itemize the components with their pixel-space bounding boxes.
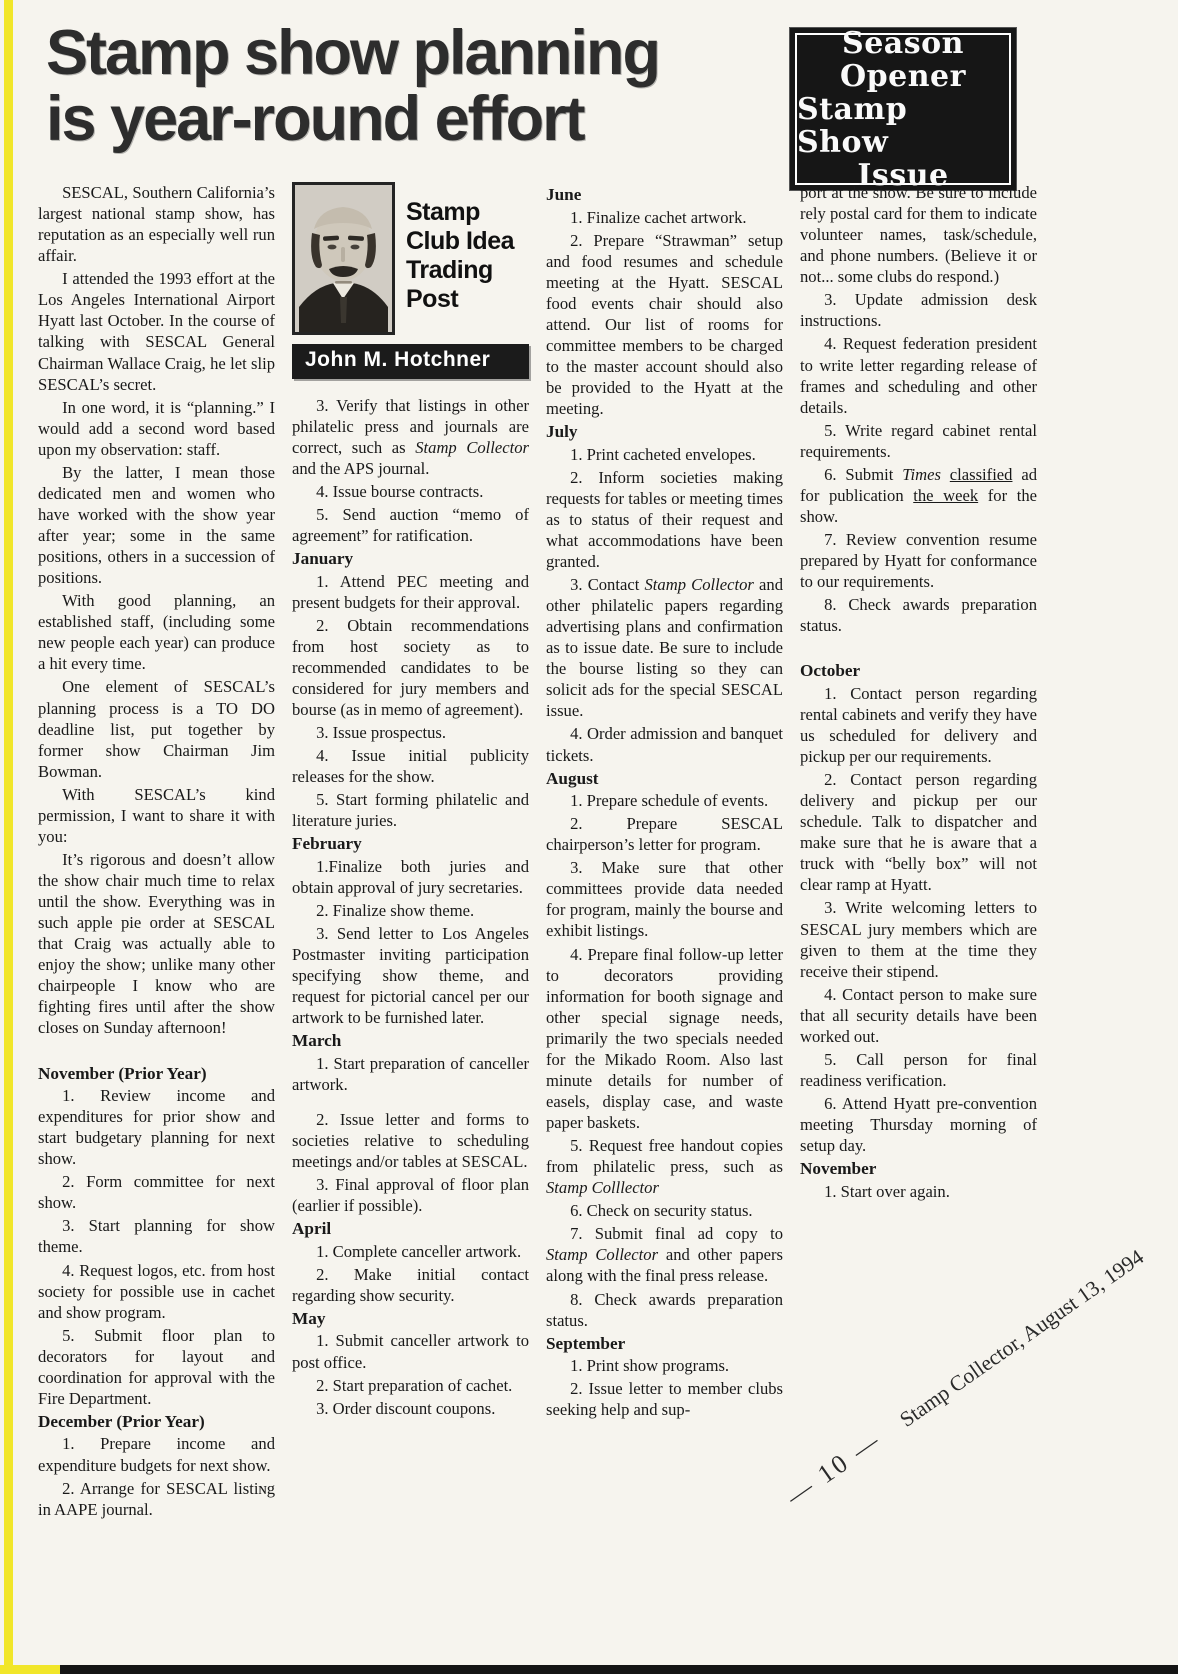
list-item: 2. Prepare SESCAL chairperson’s letter f… [546, 813, 783, 855]
column-2: Stamp Club Idea Trading Post John M. Hot… [292, 182, 529, 1522]
scan-edge-bottom-left [0, 1665, 60, 1674]
month-heading: November (Prior Year) [38, 1063, 275, 1085]
paragraph: SESCAL, Southern California’s largest na… [38, 182, 275, 266]
list-item: 5. Write regard cabinet rental requireme… [800, 420, 1037, 462]
list-item: 2. Obtain recommendations from host soci… [292, 615, 529, 720]
paragraph: With SESCAL’s kind permission, I want to… [38, 784, 275, 847]
month-heading: March [292, 1030, 529, 1052]
list-item: 1. Start over again. [800, 1181, 1037, 1202]
list-item: 4. Order admission and banquet tickets. [546, 723, 783, 765]
list-item: 1. Contact person regarding rental cabin… [800, 683, 1037, 767]
list-item: 2. Issue letter to member clubs seeking … [546, 1378, 783, 1420]
column-3: June1. Finalize cachet artwork.2. Prepar… [546, 182, 783, 1522]
list-item: 1. Start preparation of canceller artwor… [292, 1053, 529, 1095]
list-item: 4. Request logos, etc. from host society… [38, 1260, 275, 1323]
list-item: 1. Review income and expenditures for pr… [38, 1085, 275, 1169]
byline-unit: Stamp Club Idea Trading Post John M. Hot… [292, 182, 529, 379]
list-item: 1. Prepare schedule of events. [546, 790, 783, 811]
article-headline: Stamp show planning is year-round effort [46, 20, 786, 152]
headline-line-2: is year-round effort [46, 86, 786, 152]
list-item: 7. Submit final ad copy to Stamp Collect… [546, 1223, 783, 1286]
list-item: 2. Arrange for SESCAL listiɴg in AAPE jo… [38, 1478, 275, 1520]
list-item: 1. Prepare income and expenditure budget… [38, 1433, 275, 1475]
month-heading: July [546, 421, 783, 443]
list-item: 6. Submit Times classified ad for public… [800, 464, 1037, 527]
month-heading: October [800, 660, 1037, 682]
paragraph: With good planning, an established staff… [38, 590, 275, 674]
list-item: 1.Finalize both juries and obtain approv… [292, 856, 529, 898]
month-heading: December (Prior Year) [38, 1411, 275, 1433]
list-item: 1. Attend PEC meeting and present budget… [292, 571, 529, 613]
list-item: 3. Verify that listings in other philate… [292, 395, 529, 479]
month-heading: April [292, 1218, 529, 1240]
paragraph: It’s rigorous and doesn’t allow the show… [38, 849, 275, 1039]
list-item: 4. Issue bourse contracts. [292, 481, 529, 502]
list-item: 1. Complete canceller artwork. [292, 1241, 529, 1262]
list-item: 4. Request federation president to write… [800, 333, 1037, 417]
list-item: 3. Order discount coupons. [292, 1398, 529, 1419]
season-opener-banner: Season Opener Stamp Show Issue [790, 28, 1016, 190]
list-item: 2. Issue letter and forms to societies r… [292, 1109, 529, 1172]
scan-edge-bottom [60, 1665, 1178, 1674]
column-1: SESCAL, Southern California’s largest na… [38, 182, 275, 1522]
list-item: 5. Start forming philatelic and literatu… [292, 789, 529, 831]
list-item: 8. Check awards preparation status. [546, 1289, 783, 1331]
list-item: 2. Make initial contact regarding show s… [292, 1264, 529, 1306]
list-item: 2. Inform societies making requests for … [546, 467, 783, 572]
month-heading: June [546, 184, 783, 206]
list-item: 6. Attend Hyatt pre-convention meeting T… [800, 1093, 1037, 1156]
list-item: 3. Contact Stamp Collector and other phi… [546, 574, 783, 721]
banner-line: Stamp Show [797, 93, 1009, 159]
column-title: Stamp Club Idea Trading Post [406, 182, 514, 335]
list-item: 3. Send letter to Los Angeles Postmaster… [292, 923, 529, 1028]
list-item: 5. Call person for final readiness verif… [800, 1049, 1037, 1091]
article-columns: SESCAL, Southern California’s largest na… [38, 182, 1038, 1522]
banner-line: Opener [840, 60, 966, 93]
paragraph: port at the show. Be sure to include rel… [800, 182, 1037, 287]
list-item: 3. Make sure that other committees provi… [546, 857, 783, 941]
list-item: 3. Start planning for show theme. [38, 1215, 275, 1257]
list-item: 5. Request free handout copies from phil… [546, 1135, 783, 1198]
list-item: 3. Issue prospectus. [292, 722, 529, 743]
column-title-line: Club Idea [406, 227, 514, 256]
column-title-line: Stamp [406, 198, 514, 227]
month-heading: September [546, 1333, 783, 1355]
paragraph: In one word, it is “planning.” I would a… [38, 397, 275, 460]
list-item: 4. Issue initial publicity releases for … [292, 745, 529, 787]
list-item: 2. Start preparation of cachet. [292, 1375, 529, 1396]
column-title-line: Trading [406, 256, 514, 285]
portrait-photo-icon [292, 182, 395, 335]
list-item: 1. Print cacheted envelopes. [546, 444, 783, 465]
list-item: 5. Send auction “memo of agreement” for … [292, 504, 529, 546]
list-item: 3. Write welcoming letters to SESCAL jur… [800, 897, 1037, 981]
scan-edge-left [4, 0, 13, 1674]
list-item: 1. Print show programs. [546, 1355, 783, 1376]
list-item: 2. Contact person regarding delivery and… [800, 769, 1037, 895]
list-item: 7. Review convention resume prepared by … [800, 529, 1037, 592]
month-heading: August [546, 768, 783, 790]
list-item: 1. Submit canceller artwork to post offi… [292, 1330, 529, 1372]
list-item: 5. Submit floor plan to decorators for l… [38, 1325, 275, 1409]
byline-top: Stamp Club Idea Trading Post [292, 182, 529, 335]
column-4: port at the show. Be sure to include rel… [800, 182, 1037, 1522]
list-item: 6. Check on security status. [546, 1200, 783, 1221]
column-2-body: 3. Verify that listings in other philate… [292, 395, 529, 1419]
list-item: 3. Update admission desk instructions. [800, 289, 1037, 331]
headline-line-1: Stamp show planning [46, 20, 786, 86]
list-item: 1. Finalize cachet artwork. [546, 207, 783, 228]
list-item: 4. Prepare final follow-up letter to dec… [546, 944, 783, 1134]
season-opener-inner: Season Opener Stamp Show Issue [795, 33, 1011, 185]
month-heading: November [800, 1158, 1037, 1180]
list-item: 2. Finalize show theme. [292, 900, 529, 921]
newspaper-page: Stamp show planning is year-round effort… [0, 0, 1178, 1674]
column-title-line: Post [406, 285, 514, 314]
month-heading: January [292, 548, 529, 570]
list-item: 2. Prepare “Strawman” setup and food res… [546, 230, 783, 420]
paragraph: I attended the 1993 effort at the Los An… [38, 268, 275, 394]
author-name-bar: John M. Hotchner [292, 344, 529, 379]
month-heading: February [292, 833, 529, 855]
paragraph: One element of SESCAL’s planning process… [38, 676, 275, 781]
banner-line: Season [842, 27, 964, 60]
list-item: 3. Final approval of floor plan (earlier… [292, 1174, 529, 1216]
month-heading: May [292, 1308, 529, 1330]
list-item: 2. Form committee for next show. [38, 1171, 275, 1213]
paragraph: By the latter, I mean those dedicated me… [38, 462, 275, 588]
list-item: 4. Contact person to make sure that all … [800, 984, 1037, 1047]
list-item: 8. Check awards preparation status. [800, 594, 1037, 636]
